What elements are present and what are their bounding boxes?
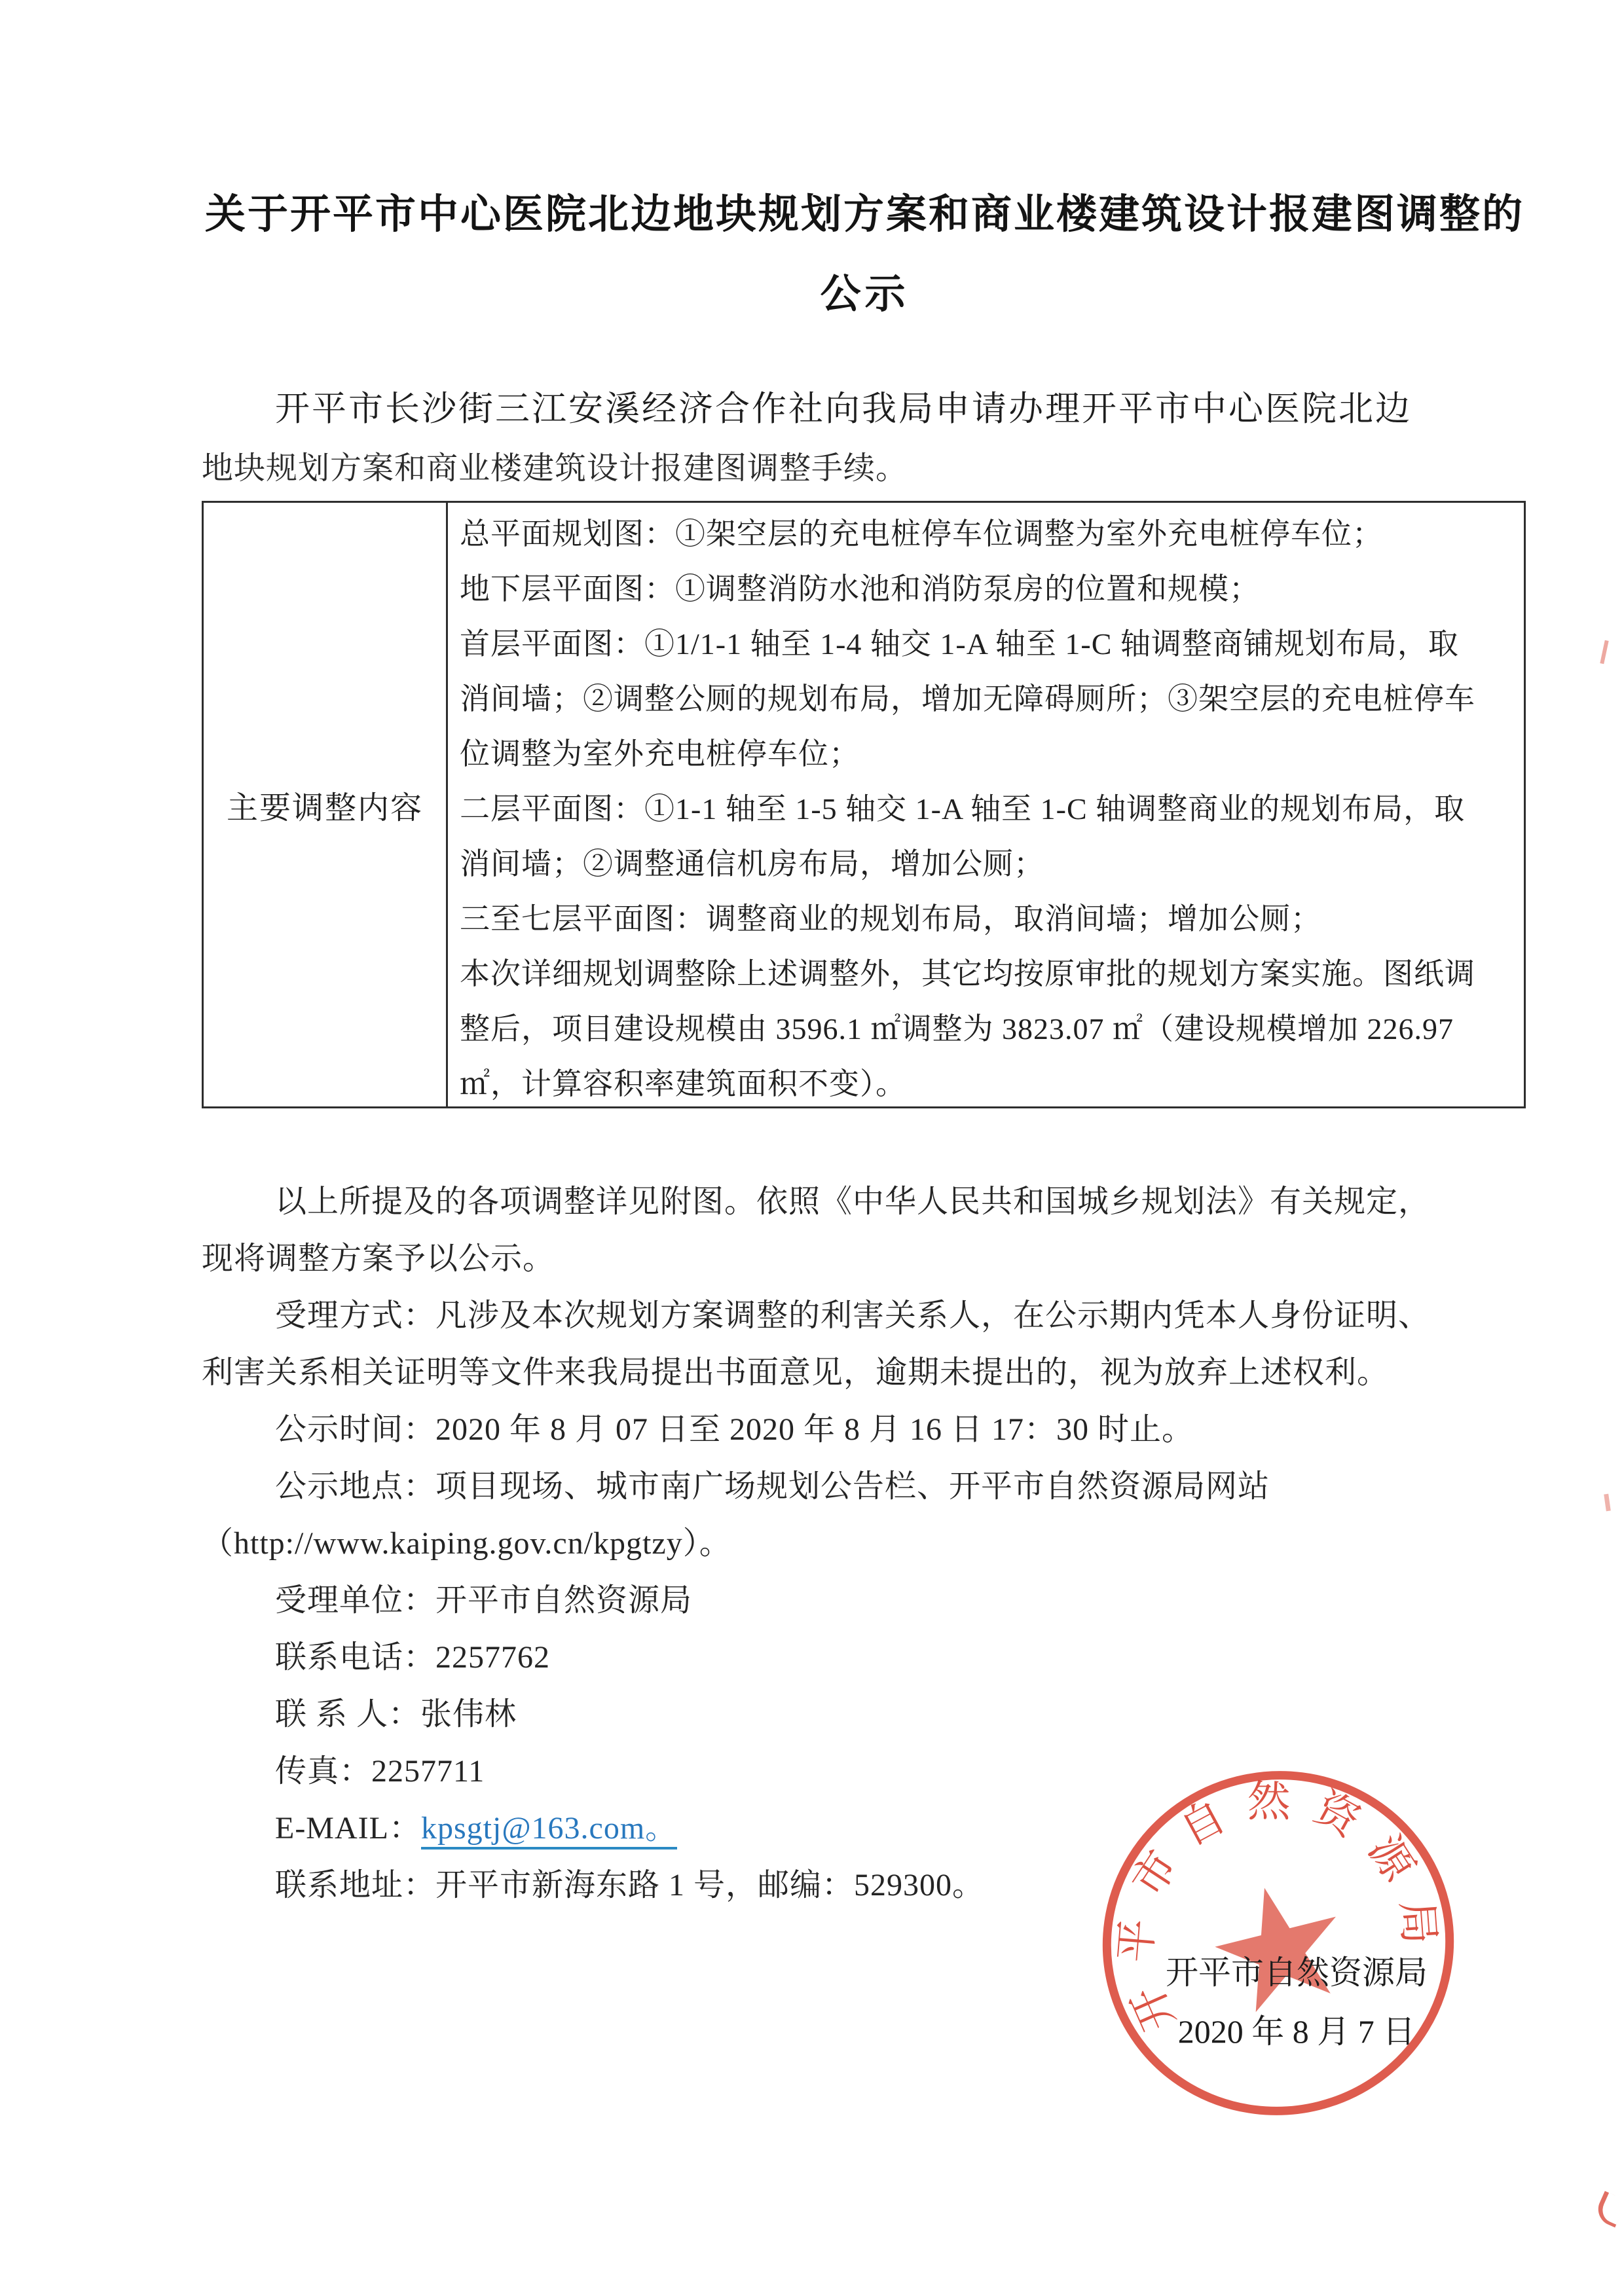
table-line: 首层平面图：①1/1-1 轴至 1-4 轴交 1-A 轴至 1-C 轴调整商铺规… bbox=[460, 617, 1524, 672]
body-line: 以上所提及的各项调整详见附图。依照《中华人民共和国城乡规划法》有关规定， bbox=[202, 1173, 1531, 1230]
email-label: E-MAIL： bbox=[275, 1811, 421, 1846]
signature-block: 开平市自然资源局 2020 年 8 月 7 日 bbox=[1107, 1943, 1486, 2061]
red-scan-mark bbox=[1600, 640, 1608, 664]
red-scan-mark bbox=[1593, 2191, 1624, 2227]
table-line: 位调整为室外充电桩停车位； bbox=[460, 727, 1524, 782]
body-line: 利害关系相关证明等文件来我局提出书面意见，逾期未提出的，视为放弃上述权利。 bbox=[202, 1344, 1531, 1401]
table-line: ㎡，计算容积率建筑面积不变）。 bbox=[460, 1057, 1524, 1106]
table-line: 三至七层平面图：调整商业的规划布局，取消间墙；增加公厕； bbox=[460, 892, 1524, 947]
table-line: 消间墙；②调整通信机房布局，增加公厕； bbox=[460, 837, 1524, 892]
adjustment-table: 主要调整内容 总平面规划图：①架空层的充电桩停车位调整为室外充电桩停车位； 地下… bbox=[202, 501, 1526, 1108]
website-url-line: （http://www.kaiping.gov.cn/kpgtzy）。 bbox=[202, 1515, 1531, 1572]
body-line: 受理方式：凡涉及本次规划方案调整的利害关系人，在公示期内凭本人身份证明、 bbox=[202, 1287, 1531, 1344]
table-line: 整后，项目建设规模由 3596.1 ㎡调整为 3823.07 ㎡（建设规模增加 … bbox=[460, 1002, 1524, 1057]
table-line: 二层平面图：①1-1 轴至 1-5 轴交 1-A 轴至 1-C 轴调整商业的规划… bbox=[460, 782, 1524, 837]
table-line: 本次详细规划调整除上述调整外，其它均按原审批的规划方案实施。图纸调 bbox=[460, 947, 1524, 1002]
signature-date: 2020 年 8 月 7 日 bbox=[1107, 2002, 1486, 2061]
publicity-location-line: 公示地点：项目现场、城市南广场规划公告栏、开平市自然资源局网站 bbox=[202, 1458, 1531, 1515]
announcement-page: 关于开平市中心医院北边地块规划方案和商业楼建筑设计报建图调整的 公示 开平市长沙… bbox=[0, 0, 1624, 2296]
accepting-unit-line: 受理单位：开平市自然资源局 bbox=[202, 1572, 1531, 1629]
body-line: 现将调整方案予以公示。 bbox=[202, 1230, 1531, 1287]
intro-line-1: 开平市长沙街三江安溪经济合作社向我局申请办理开平市中心医院北边 bbox=[202, 378, 1531, 440]
red-scan-mark bbox=[1604, 1494, 1611, 1512]
publicity-period-line: 公示时间：2020 年 8 月 07 日至 2020 年 8 月 16 日 17… bbox=[202, 1401, 1531, 1458]
table-line: 总平面规划图：①架空层的充电桩停车位调整为室外充电桩停车位； bbox=[460, 507, 1524, 562]
document-title: 关于开平市中心医院北边地块规划方案和商业楼建筑设计报建图调整的 公示 bbox=[202, 188, 1528, 321]
title-line-1: 关于开平市中心医院北边地块规划方案和商业楼建筑设计报建图调整的 bbox=[202, 188, 1528, 242]
table-row-label: 主要调整内容 bbox=[204, 503, 448, 1106]
table-line: 地下层平面图：①调整消防水池和消防泵房的位置和规模； bbox=[460, 562, 1524, 617]
signature-org: 开平市自然资源局 bbox=[1107, 1943, 1486, 2002]
email-link[interactable]: kpsgtj@163.com。 bbox=[421, 1811, 677, 1850]
phone-line: 联系电话：2257762 bbox=[202, 1629, 1531, 1686]
table-content-cell: 总平面规划图：①架空层的充电桩停车位调整为室外充电桩停车位； 地下层平面图：①调… bbox=[448, 503, 1524, 1106]
title-line-2: 公示 bbox=[202, 268, 1528, 321]
intro-paragraph: 开平市长沙街三江安溪经济合作社向我局申请办理开平市中心医院北边 地块规划方案和商… bbox=[202, 378, 1531, 498]
table-line: 消间墙；②调整公厕的规划布局，增加无障碍厕所；③架空层的充电桩停车 bbox=[460, 672, 1524, 727]
intro-line-2: 地块规划方案和商业楼建筑设计报建图调整手续。 bbox=[202, 440, 1531, 498]
